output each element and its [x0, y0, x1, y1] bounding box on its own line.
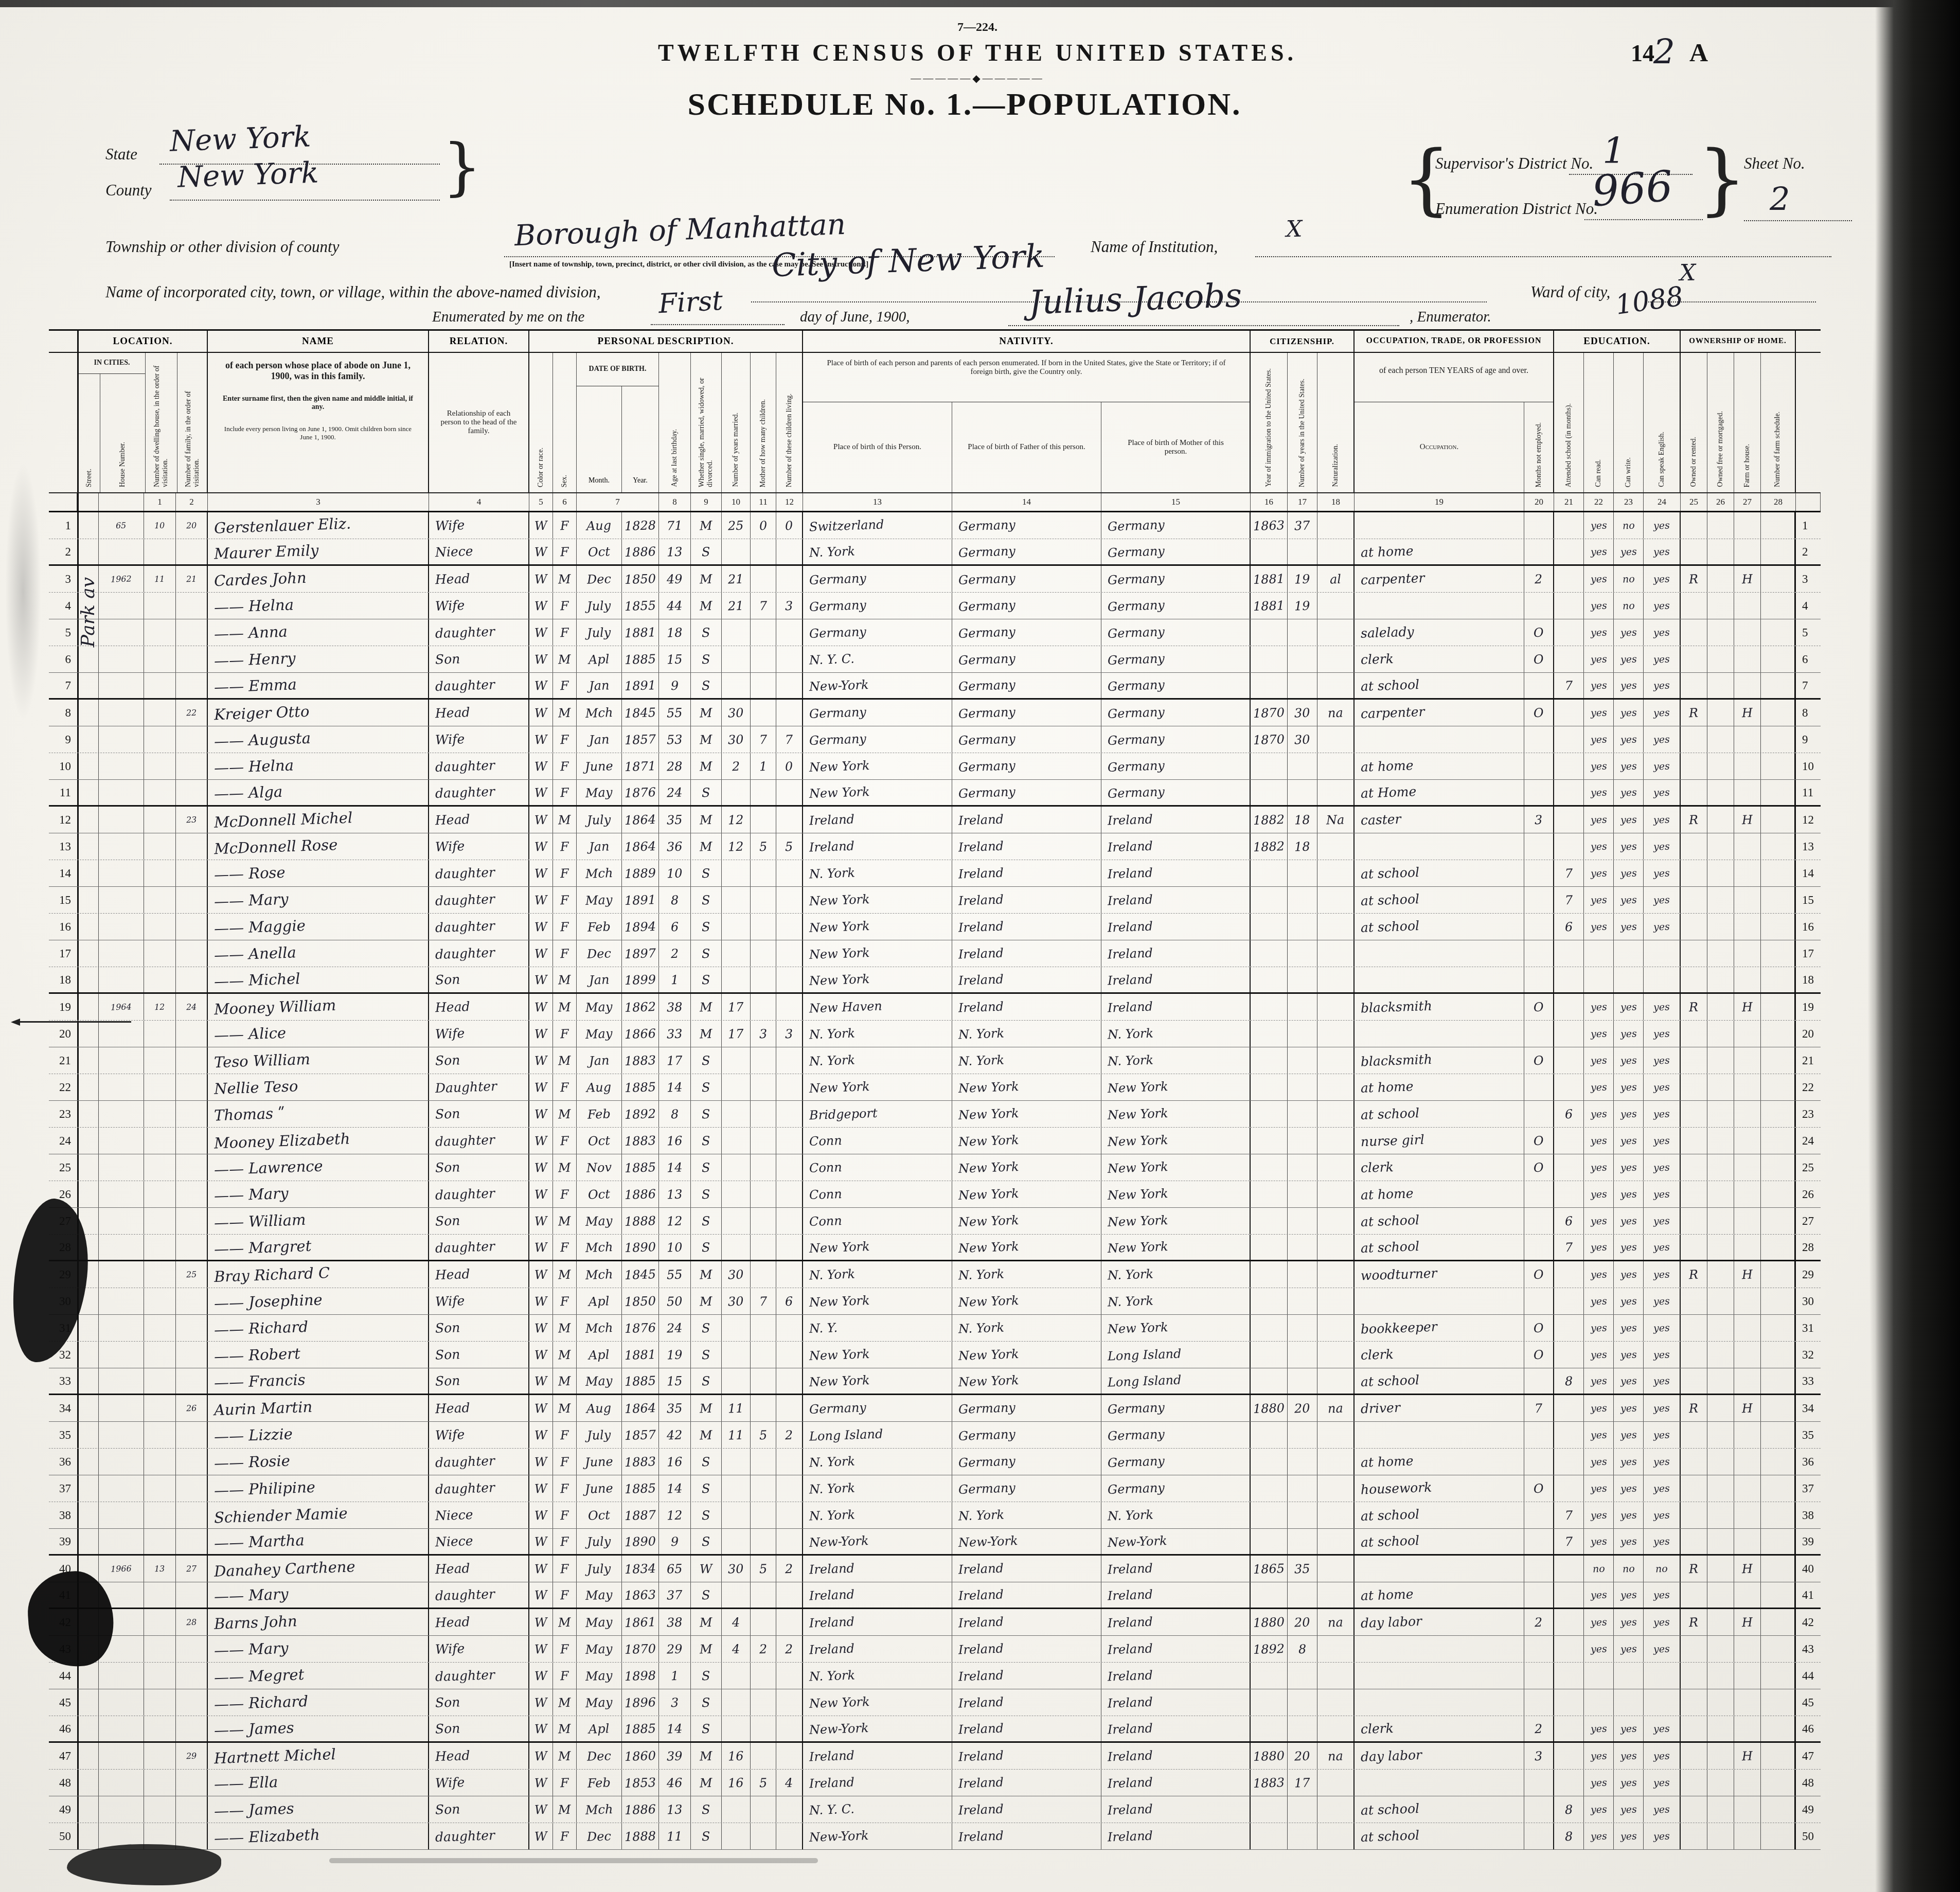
cell-birth-month: June [577, 1449, 622, 1475]
cell-relation: daughter [429, 914, 529, 940]
table-row: 15—— MarydaughterWFMay18918SNew YorkIrel… [49, 887, 1821, 914]
cell-birthplace: N. York [803, 539, 952, 564]
cell-marital-status: M [691, 512, 722, 539]
margin-number: 1088 [1613, 281, 1685, 321]
cell-children-living [776, 1582, 803, 1608]
column-number-10: 10 [722, 493, 751, 511]
cell-marital-status: S [691, 967, 722, 992]
cell-naturalization: Na [1317, 807, 1355, 833]
cell-free-mortgaged [1707, 512, 1734, 539]
cell-color-race: W [529, 1154, 553, 1181]
cell-relation: Head [429, 1556, 529, 1582]
cell-sex: F [553, 1422, 577, 1448]
cell-street [77, 1101, 99, 1127]
cell-owned-rented [1681, 1101, 1707, 1127]
cell-years-in-us: 18 [1288, 807, 1317, 833]
cell-house-number [99, 1743, 144, 1769]
cell-birth-month: Dec [577, 1823, 622, 1849]
cell-house-number [99, 1101, 144, 1127]
cell-dwelling-number [144, 807, 176, 833]
cell-age: 14 [659, 1475, 691, 1502]
cell-months-not-employed [1524, 1074, 1554, 1100]
row-number-right: 29 [1796, 1261, 1821, 1288]
cell-mother-of-children [751, 1261, 776, 1288]
cell-attended-school [1554, 1449, 1584, 1475]
cell-age: 46 [659, 1770, 691, 1796]
cell-mother-of-children [751, 1128, 776, 1154]
enum-district-value: 966 [1591, 162, 1674, 217]
cell-sex: F [553, 1529, 577, 1554]
cell-birthplace: N. York [803, 1663, 952, 1689]
cell-naturalization: na [1317, 700, 1355, 726]
cell-house-number [99, 1716, 144, 1741]
cell-occupation: at home [1355, 1582, 1524, 1608]
cell-name: —— Mary [208, 1636, 429, 1662]
cell-owned-rented [1681, 780, 1707, 805]
cell-family-number [176, 1021, 208, 1047]
cell-street [77, 1181, 99, 1207]
cell-birth-month: June [577, 753, 622, 779]
scan-artifact-smudge-left [5, 463, 41, 720]
cell-years-in-us [1288, 1663, 1317, 1689]
cell-mother-of-children [751, 1074, 776, 1100]
group-citizenship: CITIZENSHIP. [1251, 331, 1355, 352]
cell-birthplace: New York [803, 887, 952, 913]
cell-occupation: at home [1355, 1181, 1524, 1207]
cell-owned-rented [1681, 1208, 1707, 1234]
marital-col-label: Whether single, married, widowed, or div… [698, 365, 714, 487]
cell-attended-school: 8 [1554, 1823, 1584, 1849]
cell-marital-status: M [691, 1021, 722, 1047]
cell-age: 42 [659, 1422, 691, 1448]
cell-can-write: yes [1614, 1636, 1644, 1662]
cell-months-not-employed [1524, 1636, 1554, 1662]
cell-father-birthplace: Germany [952, 753, 1101, 779]
cell-can-speak-english: yes [1644, 1154, 1681, 1181]
cell-family-number [176, 1582, 208, 1608]
cell-free-mortgaged [1707, 994, 1734, 1020]
cell-name: —— Francis [208, 1368, 429, 1394]
cell-months-not-employed [1524, 1181, 1554, 1207]
scan-artifact-smudge-bottom [329, 1858, 818, 1863]
cell-can-write: yes [1614, 1208, 1644, 1234]
cell-attended-school [1554, 1743, 1584, 1769]
row-number-left: 47 [49, 1743, 77, 1769]
cell-farm-house: H [1734, 994, 1761, 1020]
cell-relation: daughter [429, 1449, 529, 1475]
cell-years-married [722, 1475, 751, 1502]
cell-attended-school [1554, 726, 1584, 753]
cell-mother-of-children [751, 1529, 776, 1554]
cell-color-race: W [529, 1689, 553, 1716]
cell-color-race: W [529, 593, 553, 619]
cell-family-number [176, 833, 208, 860]
cell-can-write: yes [1614, 1502, 1644, 1528]
cell-attended-school [1554, 1154, 1584, 1181]
cell-can-write: yes [1614, 780, 1644, 805]
row-number-right: 16 [1796, 914, 1821, 940]
cell-children-living [776, 1315, 803, 1341]
cell-name: —— Helna [208, 593, 429, 619]
cell-naturalization [1317, 646, 1355, 672]
group-location: LOCATION. [77, 331, 208, 352]
cell-months-not-employed: O [1524, 619, 1554, 646]
row-number-left: 13 [49, 833, 77, 860]
cell-months-not-employed: 2 [1524, 1716, 1554, 1741]
cell-farm-house [1734, 1502, 1761, 1528]
cell-years-married [722, 1449, 751, 1475]
cell-can-read: yes [1584, 887, 1614, 913]
cell-age: 13 [659, 1796, 691, 1823]
cell-birth-year: 1888 [622, 1823, 659, 1849]
cell-months-not-employed: 3 [1524, 807, 1554, 833]
cell-years-married [722, 619, 751, 646]
cell-occupation: caster [1355, 807, 1524, 833]
cell-color-race: W [529, 1047, 553, 1074]
cell-months-not-employed [1524, 1582, 1554, 1608]
cell-farm-schedule [1761, 726, 1796, 753]
cell-relation: Son [429, 1716, 529, 1741]
cell-owned-rented [1681, 1502, 1707, 1528]
cell-children-living [776, 860, 803, 886]
cell-months-not-employed: O [1524, 1154, 1554, 1181]
farm-house-col-label: Farm or house. [1743, 444, 1752, 487]
cell-immigration-year [1251, 1342, 1288, 1368]
cell-marital-status: M [691, 593, 722, 619]
cell-can-write: yes [1614, 726, 1644, 753]
cell-age: 13 [659, 1181, 691, 1207]
cell-attended-school [1554, 1288, 1584, 1314]
cell-years-in-us [1288, 1716, 1317, 1741]
cell-children-living [776, 807, 803, 833]
cell-can-read: yes [1584, 807, 1614, 833]
cell-dwelling-number: 12 [144, 994, 176, 1020]
cell-house-number [99, 1074, 144, 1100]
group-education: EDUCATION. [1554, 331, 1681, 352]
cell-can-read: yes [1584, 914, 1614, 940]
row-number-right: 21 [1796, 1047, 1821, 1074]
cell-can-read: yes [1584, 646, 1614, 672]
cell-marital-status: S [691, 1101, 722, 1127]
page-number-print: 14 [1631, 40, 1654, 66]
ownership-subheader: Owned or rented. Owned free or mortgaged… [1681, 353, 1796, 492]
cell-dwelling-number [144, 1689, 176, 1716]
cell-farm-schedule [1761, 1502, 1796, 1528]
cell-color-race: W [529, 566, 553, 592]
row-number-left: 37 [49, 1475, 77, 1502]
cell-occupation: housework [1355, 1475, 1524, 1502]
cell-naturalization [1317, 1422, 1355, 1448]
cell-name: —— Elizabeth [208, 1823, 429, 1849]
cell-mother-birthplace: Germany [1101, 673, 1251, 698]
cell-mother-birthplace: Germany [1101, 1475, 1251, 1502]
cell-sex: F [553, 1770, 577, 1796]
cell-can-speak-english: yes [1644, 1342, 1681, 1368]
cell-age: 39 [659, 1743, 691, 1769]
cell-farm-house: H [1734, 807, 1761, 833]
cell-birth-month: May [577, 1208, 622, 1234]
cell-birthplace: New York [803, 1342, 952, 1368]
cell-father-birthplace: Ireland [952, 1636, 1101, 1662]
cell-father-birthplace: New York [952, 1181, 1101, 1207]
cell-birth-month: Jan [577, 833, 622, 860]
cell-immigration-year [1251, 1154, 1288, 1181]
row-number-right: 30 [1796, 1288, 1821, 1314]
cell-can-speak-english [1644, 1689, 1681, 1716]
cell-street [77, 807, 99, 833]
cell-can-read: yes [1584, 780, 1614, 805]
cell-birth-year: 1886 [622, 1796, 659, 1823]
cell-years-in-us [1288, 860, 1317, 886]
cell-dwelling-number [144, 967, 176, 992]
cell-birth-month: Feb [577, 1770, 622, 1796]
column-number-row: 1234567891011121314151617181920212223242… [49, 493, 1821, 512]
cell-years-married: 16 [722, 1770, 751, 1796]
cell-birth-month: May [577, 1582, 622, 1608]
cell-immigration-year [1251, 619, 1288, 646]
cell-years-married: 11 [722, 1422, 751, 1448]
cell-years-married: 30 [722, 726, 751, 753]
cell-street [77, 1368, 99, 1394]
row-number-right: 43 [1796, 1636, 1821, 1662]
cell-immigration-year [1251, 1422, 1288, 1448]
cell-sex: F [553, 539, 577, 564]
cell-years-in-us [1288, 967, 1317, 992]
cell-years-in-us: 37 [1288, 512, 1317, 539]
row-number-left: 15 [49, 887, 77, 913]
cell-immigration-year [1251, 914, 1288, 940]
cell-mother-of-children [751, 1475, 776, 1502]
cell-attended-school: 7 [1554, 1235, 1584, 1260]
cell-mother-of-children [751, 994, 776, 1020]
cell-farm-schedule [1761, 1556, 1796, 1582]
cell-marital-status: S [691, 1449, 722, 1475]
cell-years-married [722, 940, 751, 967]
cell-birth-month: Dec [577, 566, 622, 592]
row-number-left: 26 [49, 1181, 77, 1207]
cell-mother-birthplace: Germany [1101, 1449, 1251, 1475]
cell-marital-status: S [691, 1368, 722, 1394]
cell-attended-school [1554, 1021, 1584, 1047]
cell-age: 10 [659, 860, 691, 886]
cell-street [77, 1529, 99, 1554]
cell-farm-schedule [1761, 1047, 1796, 1074]
cell-can-read: yes [1584, 1475, 1614, 1502]
cell-immigration-year [1251, 1021, 1288, 1047]
cell-birth-year: 1885 [622, 1716, 659, 1741]
cell-can-read: yes [1584, 1609, 1614, 1635]
cell-house-number [99, 593, 144, 619]
cell-immigration-year [1251, 1235, 1288, 1260]
cell-relation: Head [429, 807, 529, 833]
cell-farm-house [1734, 1047, 1761, 1074]
cell-occupation: at home [1355, 539, 1524, 564]
cell-age: 9 [659, 673, 691, 698]
cell-can-read: yes [1584, 860, 1614, 886]
cell-mother-birthplace: Germany [1101, 700, 1251, 726]
cell-relation: Wife [429, 726, 529, 753]
cell-free-mortgaged [1707, 1716, 1734, 1741]
cell-age: 16 [659, 1128, 691, 1154]
cell-marital-status: S [691, 860, 722, 886]
table-row: 20—— AliceWifeWFMay186633M1733N. YorkN. … [49, 1021, 1821, 1047]
cell-years-married [722, 1663, 751, 1689]
table-row: 2Maurer EmilyNieceWFOct188613SN. YorkGer… [49, 539, 1821, 566]
cell-immigration-year [1251, 1582, 1288, 1608]
cell-house-number [99, 1154, 144, 1181]
institution-underline [1255, 256, 1831, 257]
cell-name: —— Helna [208, 753, 429, 779]
cell-farm-schedule [1761, 887, 1796, 913]
cell-father-birthplace: Ireland [952, 994, 1101, 1020]
cell-mother-birthplace: New-York [1101, 1529, 1251, 1554]
cell-birth-year: 1890 [622, 1529, 659, 1554]
cell-can-write: yes [1614, 1368, 1644, 1394]
cell-months-not-employed [1524, 593, 1554, 619]
cell-years-married [722, 1716, 751, 1741]
cell-free-mortgaged [1707, 1395, 1734, 1421]
cell-months-not-employed [1524, 1502, 1554, 1528]
cell-free-mortgaged [1707, 1235, 1734, 1260]
cell-years-in-us [1288, 914, 1317, 940]
cell-sex: M [553, 1342, 577, 1368]
cell-months-not-employed [1524, 1208, 1554, 1234]
cell-years-in-us [1288, 1261, 1317, 1288]
cell-birth-month: May [577, 1609, 622, 1635]
relation-desc: Relationship of each person to the head … [436, 409, 521, 436]
cell-relation: daughter [429, 887, 529, 913]
cell-years-married [722, 1208, 751, 1234]
cell-color-race: W [529, 512, 553, 539]
population-table: LOCATION. NAME RELATION. PERSONAL DESCRI… [49, 329, 1821, 1850]
cell-birthplace: Germany [803, 566, 952, 592]
cell-owned-rented [1681, 726, 1707, 753]
cell-mother-birthplace: Germany [1101, 1422, 1251, 1448]
cell-house-number [99, 1342, 144, 1368]
cell-age: 1 [659, 1663, 691, 1689]
cell-mother-birthplace: Ireland [1101, 967, 1251, 992]
cell-farm-schedule [1761, 833, 1796, 860]
cell-immigration-year [1251, 1208, 1288, 1234]
table-subheaders: IN CITIES. Street. House Number. Number … [49, 353, 1821, 493]
sheet-value: 2 [1770, 180, 1790, 218]
cell-marital-status: S [691, 1128, 722, 1154]
cell-marital-status: S [691, 780, 722, 805]
cell-months-not-employed [1524, 512, 1554, 539]
cell-can-read: yes [1584, 1529, 1614, 1554]
cell-age: 28 [659, 753, 691, 779]
cell-owned-rented [1681, 1128, 1707, 1154]
cell-sex: M [553, 700, 577, 726]
cell-can-write [1614, 967, 1644, 992]
cell-children-living [776, 566, 803, 592]
cell-dwelling-number [144, 1235, 176, 1260]
cell-birth-month: July [577, 807, 622, 833]
group-occupation: OCCUPATION, TRADE, OR PROFESSION [1355, 331, 1554, 352]
cell-immigration-year: 1865 [1251, 1556, 1288, 1582]
cell-father-birthplace: Germany [952, 673, 1101, 698]
cell-farm-house [1734, 1154, 1761, 1181]
cell-mother-birthplace: New York [1101, 1101, 1251, 1127]
cell-attended-school: 7 [1554, 1529, 1584, 1554]
cell-marital-status: S [691, 1181, 722, 1207]
cell-can-write: yes [1614, 619, 1644, 646]
cell-occupation: day labor [1355, 1743, 1524, 1769]
cell-name: Cardes John [208, 566, 429, 592]
cell-naturalization [1317, 1074, 1355, 1100]
cell-occupation: at school [1355, 1208, 1524, 1234]
cell-dwelling-number [144, 887, 176, 913]
cell-name: Mooney Elizabeth [208, 1128, 429, 1154]
cell-age: 37 [659, 1582, 691, 1608]
row-number-left: 36 [49, 1449, 77, 1475]
cell-relation: Head [429, 700, 529, 726]
cell-age: 13 [659, 539, 691, 564]
cell-months-not-employed: O [1524, 1047, 1554, 1074]
cell-birthplace: N. Y. C. [803, 646, 952, 672]
row-number-left: 35 [49, 1422, 77, 1448]
cell-can-write: yes [1614, 860, 1644, 886]
cell-immigration-year [1251, 1181, 1288, 1207]
cell-attended-school: 7 [1554, 860, 1584, 886]
cell-free-mortgaged [1707, 1689, 1734, 1716]
column-number-13: 13 [803, 493, 952, 511]
years-in-us-col-label: Number of years in the United States. [1298, 379, 1307, 487]
cell-house-number: 1962 [99, 566, 144, 592]
row-number-left: 14 [49, 860, 77, 886]
row-number-left: 3 [49, 566, 77, 592]
in-cities-label: IN CITIES. [79, 353, 145, 374]
cell-color-race: W [529, 1823, 553, 1849]
cell-family-number [176, 1502, 208, 1528]
cell-age: 17 [659, 1047, 691, 1074]
cell-birth-month: May [577, 994, 622, 1020]
cell-color-race: W [529, 1235, 553, 1260]
table-row: 38Schiender MamieNieceWFOct188712SN. Yor… [49, 1502, 1821, 1529]
page-number-hand: 2 [1653, 32, 1675, 72]
cell-can-speak-english: yes [1644, 1074, 1681, 1100]
cell-years-married: 16 [722, 1743, 751, 1769]
city-value: City of New York [771, 237, 1045, 284]
cell-mother-of-children [751, 1502, 776, 1528]
cell-occupation: at school [1355, 1502, 1524, 1528]
cell-occupation: at school [1355, 887, 1524, 913]
cell-can-speak-english: yes [1644, 1315, 1681, 1341]
cell-family-number: 23 [176, 807, 208, 833]
cell-can-read [1584, 1689, 1614, 1716]
cell-birthplace: N. Y. [803, 1315, 952, 1341]
table-row: 49—— JamesSonWMMch188613SN. Y. C.Ireland… [49, 1796, 1821, 1823]
table-group-titles: LOCATION. NAME RELATION. PERSONAL DESCRI… [49, 329, 1821, 353]
cell-owned-rented: R [1681, 700, 1707, 726]
cell-father-birthplace: Germany [952, 512, 1101, 539]
cell-immigration-year: 1863 [1251, 512, 1288, 539]
cell-farm-schedule [1761, 1315, 1796, 1341]
cell-birth-year: 1881 [622, 1342, 659, 1368]
cell-birthplace: Conn [803, 1154, 952, 1181]
cell-free-mortgaged [1707, 1261, 1734, 1288]
cell-farm-house [1734, 1181, 1761, 1207]
table-row: 4228Barns JohnHeadWMMay186138M4IrelandIr… [49, 1609, 1821, 1636]
cell-relation: daughter [429, 1475, 529, 1502]
cell-occupation: day labor [1355, 1609, 1524, 1635]
row-number-left: 28 [49, 1235, 77, 1260]
cell-years-in-us [1288, 994, 1317, 1020]
cell-can-speak-english: yes [1644, 1823, 1681, 1849]
cell-house-number [99, 1395, 144, 1421]
cell-marital-status: S [691, 1663, 722, 1689]
cell-mother-of-children [751, 1395, 776, 1421]
